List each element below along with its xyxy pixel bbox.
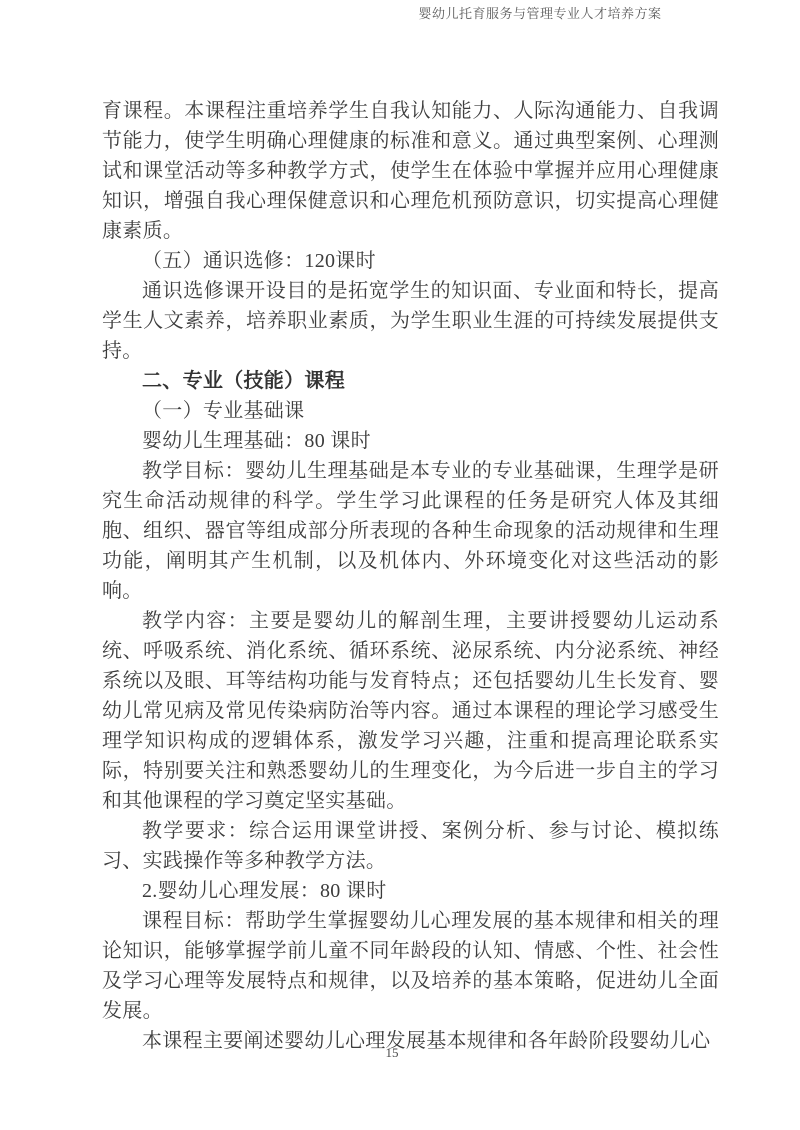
page-number: 15 [0, 1045, 784, 1061]
list-heading-elective: （五）通识选修：120课时 [102, 246, 719, 276]
running-header: 婴幼儿托育服务与管理专业人才培养方案 [418, 3, 661, 22]
paragraph: 通识选修课开设目的是拓宽学生的知识面、专业面和特长，提高学生人文素养，培养职业素… [102, 276, 719, 366]
course-title-physiology: 婴幼儿生理基础：80 课时 [102, 426, 719, 456]
subsection-heading-basic-courses: （一）专业基础课 [102, 396, 719, 426]
document-page: 婴幼儿托育服务与管理专业人才培养方案 育课程。本课程注重培养学生自我认知能力、人… [0, 0, 800, 1130]
paragraph-continuation: 育课程。本课程注重培养学生自我认知能力、人际沟通能力、自我调节能力，使学生明确心… [102, 96, 719, 246]
paragraph-course-goals: 课程目标：帮助学生掌握婴幼儿心理发展的基本规律和相关的理论知识，能够掌握学前儿童… [102, 906, 719, 1026]
paragraph-teaching-requirements: 教学要求：综合运用课堂讲授、案例分析、参与讨论、模拟练习、实践操作等多种教学方法… [102, 816, 719, 876]
course-title-psychology: 2.婴幼儿心理发展：80 课时 [102, 876, 719, 906]
paragraph-teaching-content: 教学内容：主要是婴幼儿的解剖生理，主要讲授婴幼儿运动系统、呼吸系统、消化系统、循… [102, 606, 719, 816]
document-body: 育课程。本课程注重培养学生自我认知能力、人际沟通能力、自我调节能力，使学生明确心… [102, 96, 719, 1056]
section-heading-professional-courses: 二、专业（技能）课程 [102, 366, 719, 396]
paragraph-teaching-goals: 教学目标：婴幼儿生理基础是本专业的专业基础课，生理学是研究生命活动规律的科学。学… [102, 456, 719, 606]
